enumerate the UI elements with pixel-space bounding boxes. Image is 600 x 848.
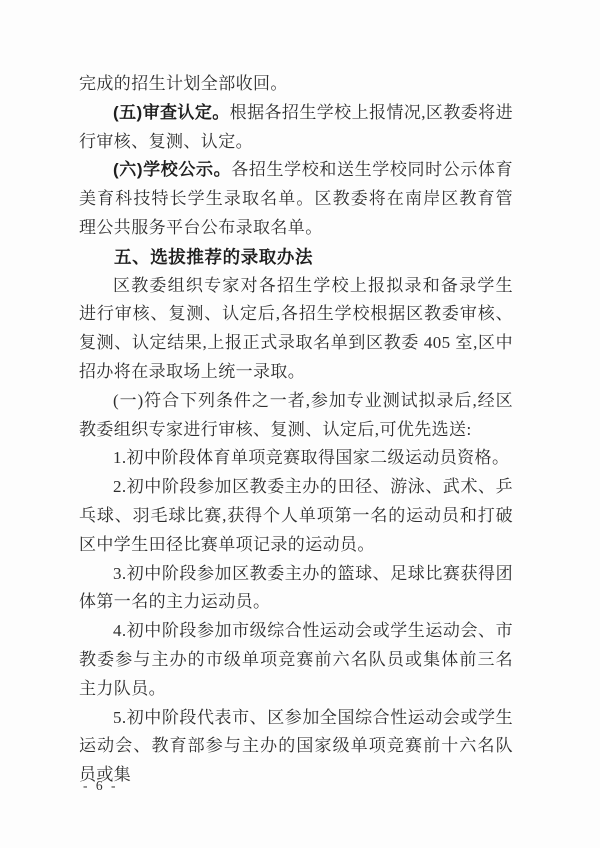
list-item-5: 5.初中阶段代表市、区参加全国综合性运动会或学生运动会、教育部参与主办的国家级单… bbox=[79, 704, 513, 790]
list-item-2: 2.初中阶段参加区教委主办的田径、游泳、武术、乒乓球、羽毛球比赛,获得个人单项第… bbox=[79, 473, 513, 559]
list-item-1: 1.初中阶段体育单项竞赛取得国家二级运动员资格。 bbox=[79, 444, 513, 473]
list-item-3: 3.初中阶段参加区教委主办的篮球、足球比赛获得团体第一名的主力运动员。 bbox=[79, 560, 513, 618]
paragraph-section-5: (五)审查认定。根据各招生学校上报情况,区教委将进行审核、复测、认定。 bbox=[79, 99, 513, 157]
list-item-4: 4.初中阶段参加市级综合性运动会或学生运动会、市教委参与主办的市级单项竞赛前六名… bbox=[79, 617, 513, 703]
section-6-lead: (六)学校公示。 bbox=[113, 160, 231, 179]
document-body: 完成的招生计划全部收回。 (五)审查认定。根据各招生学校上报情况,区教委将进行审… bbox=[79, 70, 513, 790]
section-5-lead: (五)审查认定。 bbox=[113, 103, 230, 122]
paragraph-section-6: (六)学校公示。各招生学校和送生学校同时公示体育美育科技特长学生录取名单。区教委… bbox=[79, 156, 513, 242]
page-number: - 6 - bbox=[83, 778, 118, 794]
chapter-heading: 五、选拔推荐的录取办法 bbox=[79, 243, 513, 272]
document-page: 完成的招生计划全部收回。 (五)审查认定。根据各招生学校上报情况,区教委将进行审… bbox=[0, 0, 600, 848]
paragraph-procedure: 区教委组织专家对各招生学校上报拟录和备录学生进行审核、复测、认定后,各招生学校根… bbox=[79, 272, 513, 387]
paragraph-condition-intro: (一)符合下列条件之一者,参加专业测试拟录后,经区教委组织专家进行审核、复测、认… bbox=[79, 387, 513, 445]
paragraph-continuation: 完成的招生计划全部收回。 bbox=[79, 70, 513, 99]
